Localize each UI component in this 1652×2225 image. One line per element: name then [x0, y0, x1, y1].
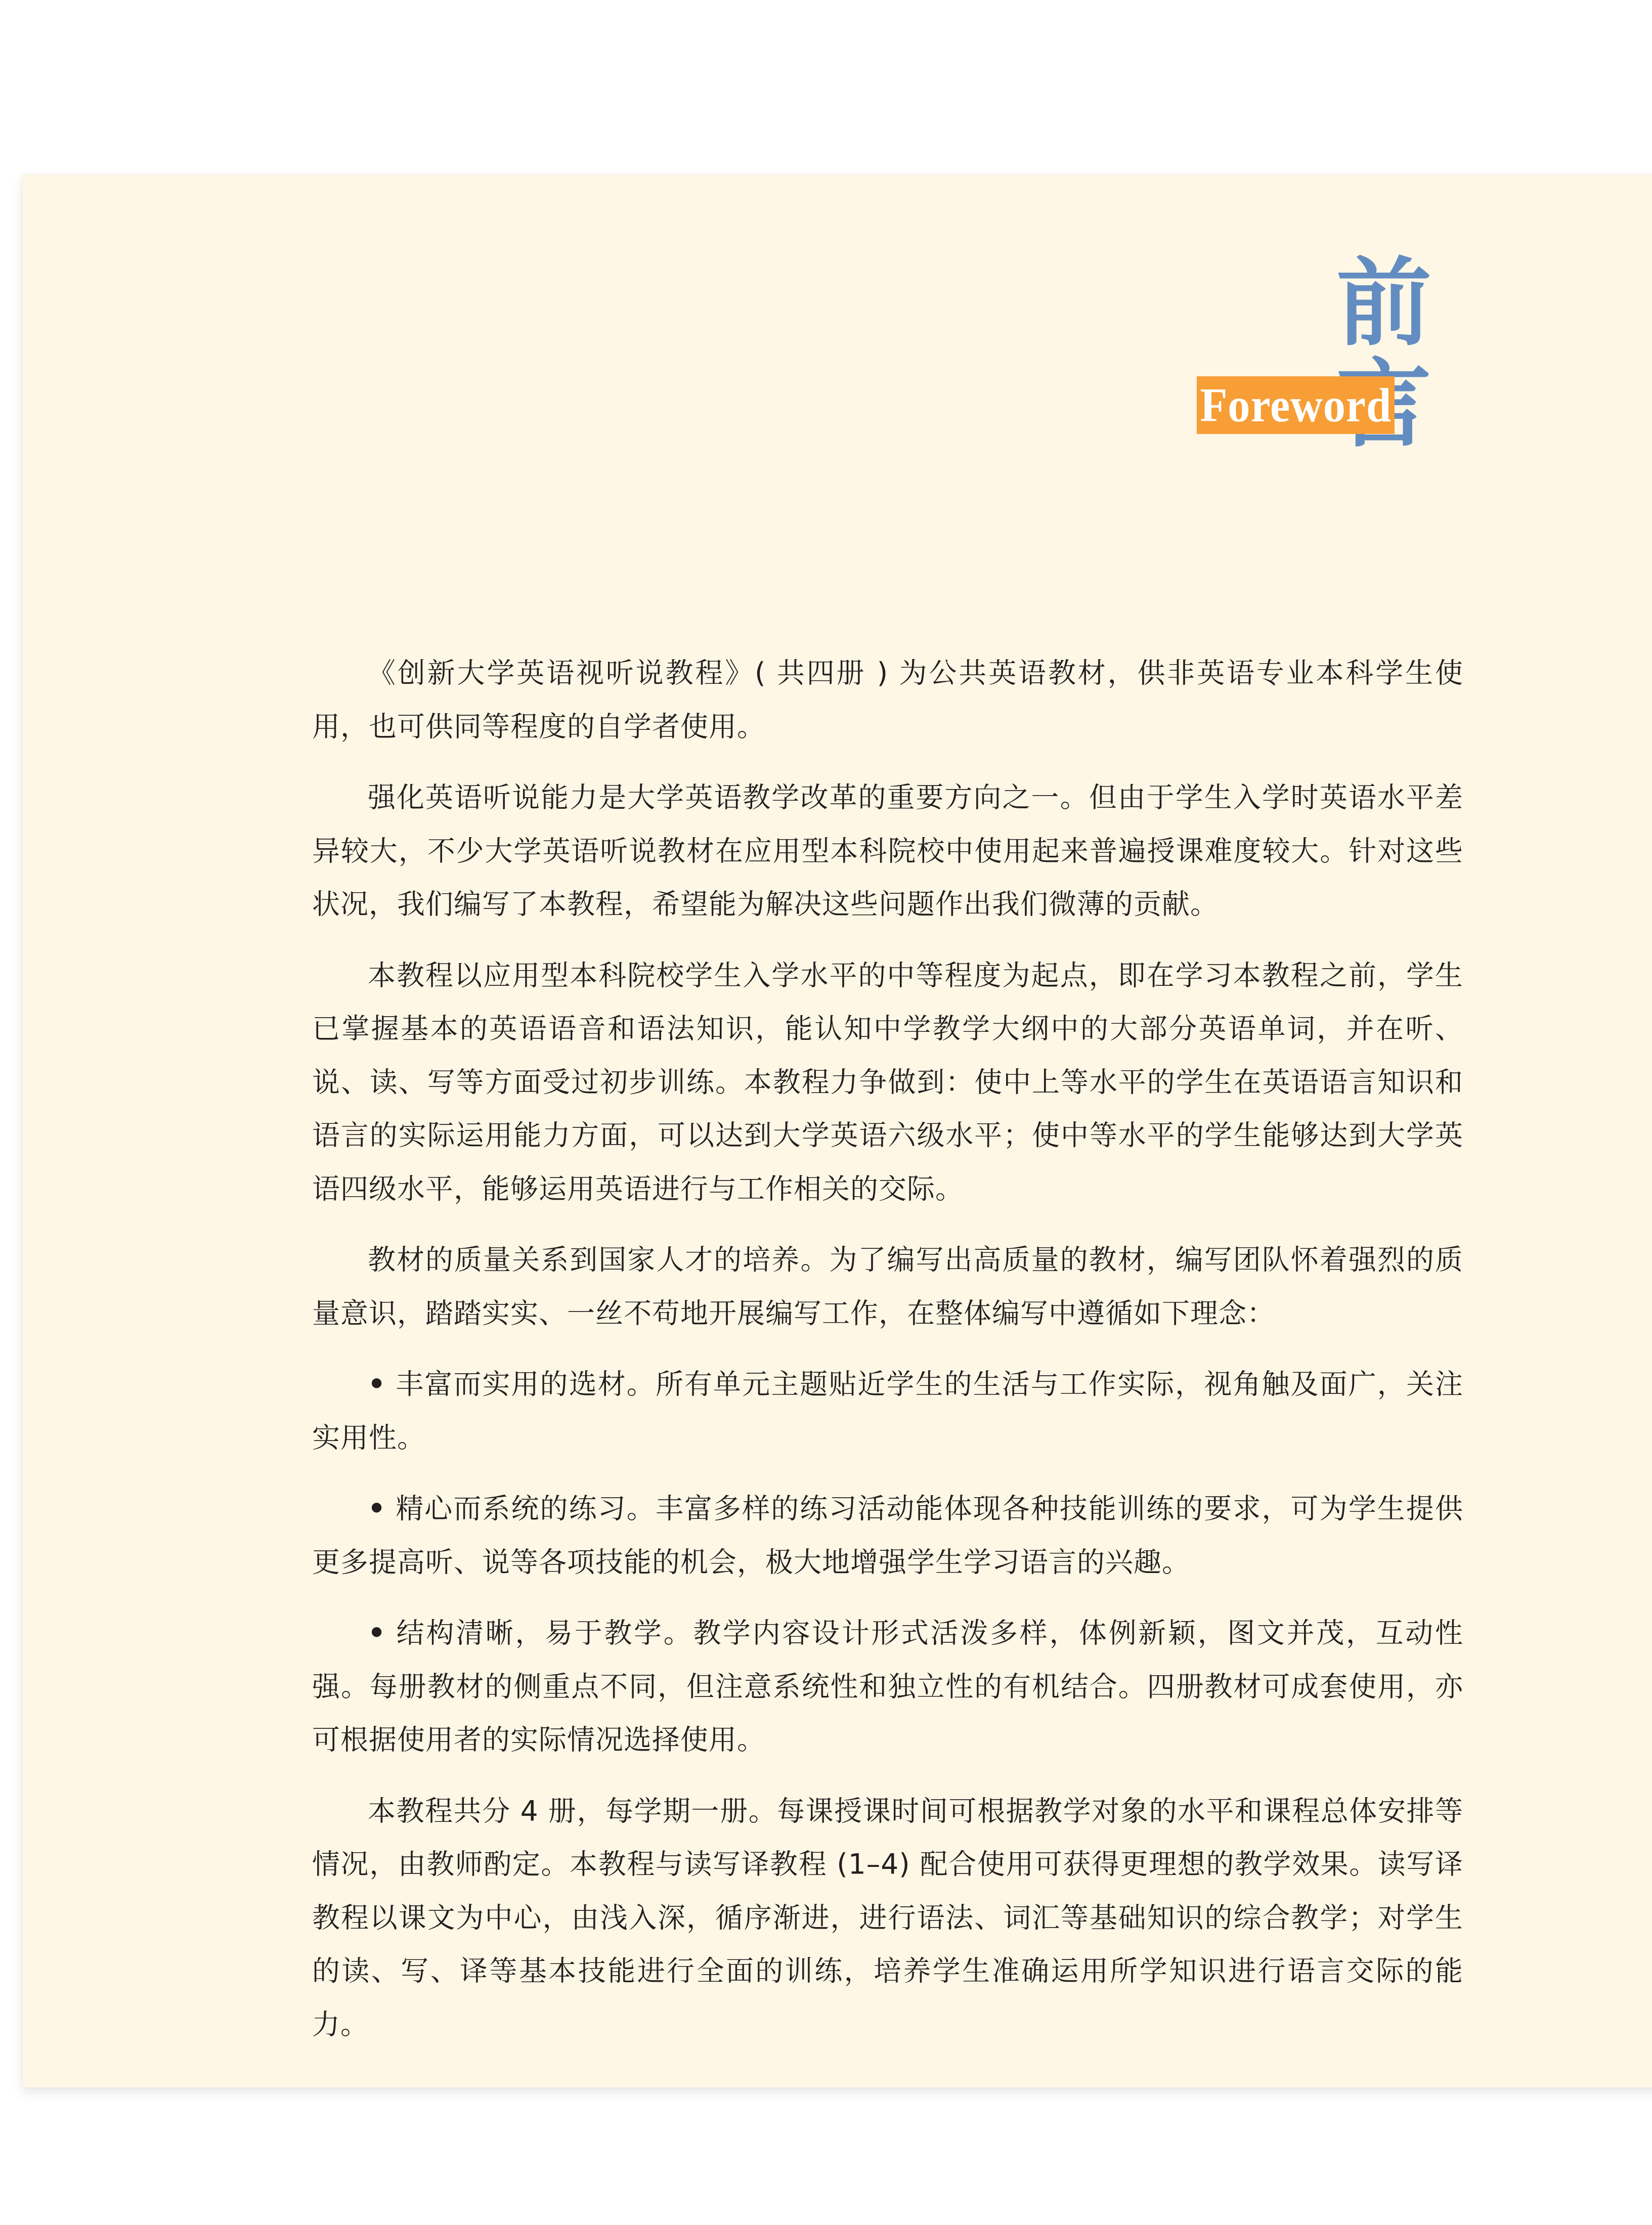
bullet-text: 结构清晰，易于教学。教学内容设计形式活泼多样，体例新颖，图文并茂，互动性强。每册…: [312, 1617, 1463, 1756]
bullet-icon: •: [368, 1606, 386, 1660]
foreword-body: 《创新大学英语视听说教程》( 共四册 ) 为公共英语教材，供非英语专业本科学生使…: [312, 646, 1463, 2069]
paragraph-usage: 本教程共分 4 册，每学期一册。每课授课时间可根据教学对象的水平和课程总体安排等…: [312, 1784, 1463, 2052]
bullet-item-exercises: •精心而系统的练习。丰富多样的练习活动能体现各种技能训练的要求，可为学生提供更多…: [312, 1482, 1463, 1589]
bullet-icon: •: [368, 1482, 386, 1536]
paragraph-principles-intro: 教材的质量关系到国家人才的培养。为了编写出高质量的教材，编写团队怀着强烈的质量意…: [312, 1233, 1463, 1340]
page-title-english-badge: Foreword: [1197, 376, 1395, 434]
bullet-text: 丰富而实用的选材。所有单元主题贴近学生的生活与工作实际，视角触及面广，关注实用性…: [312, 1368, 1463, 1454]
bullet-item-structure: •结构清晰，易于教学。教学内容设计形式活泼多样，体例新颖，图文并茂，互动性强。每…: [312, 1606, 1463, 1767]
bullet-item-materials: •丰富而实用的选材。所有单元主题贴近学生的生活与工作实际，视角触及面广，关注实用…: [312, 1358, 1463, 1464]
bullet-text: 精心而系统的练习。丰富多样的练习活动能体现各种技能训练的要求，可为学生提供更多提…: [312, 1492, 1463, 1578]
page-title-english: Foreword: [1200, 380, 1392, 430]
paragraph-intro: 《创新大学英语视听说教程》( 共四册 ) 为公共英语教材，供非英语专业本科学生使…: [312, 646, 1463, 753]
bullet-icon: •: [368, 1358, 386, 1411]
paragraph-target-level: 本教程以应用型本科院校学生入学水平的中等程度为起点，即在学习本教程之前，学生已掌…: [312, 949, 1463, 1216]
paragraph-motivation: 强化英语听说能力是大学英语教学改革的重要方向之一。但由于学生入学时英语水平差异较…: [312, 771, 1463, 931]
